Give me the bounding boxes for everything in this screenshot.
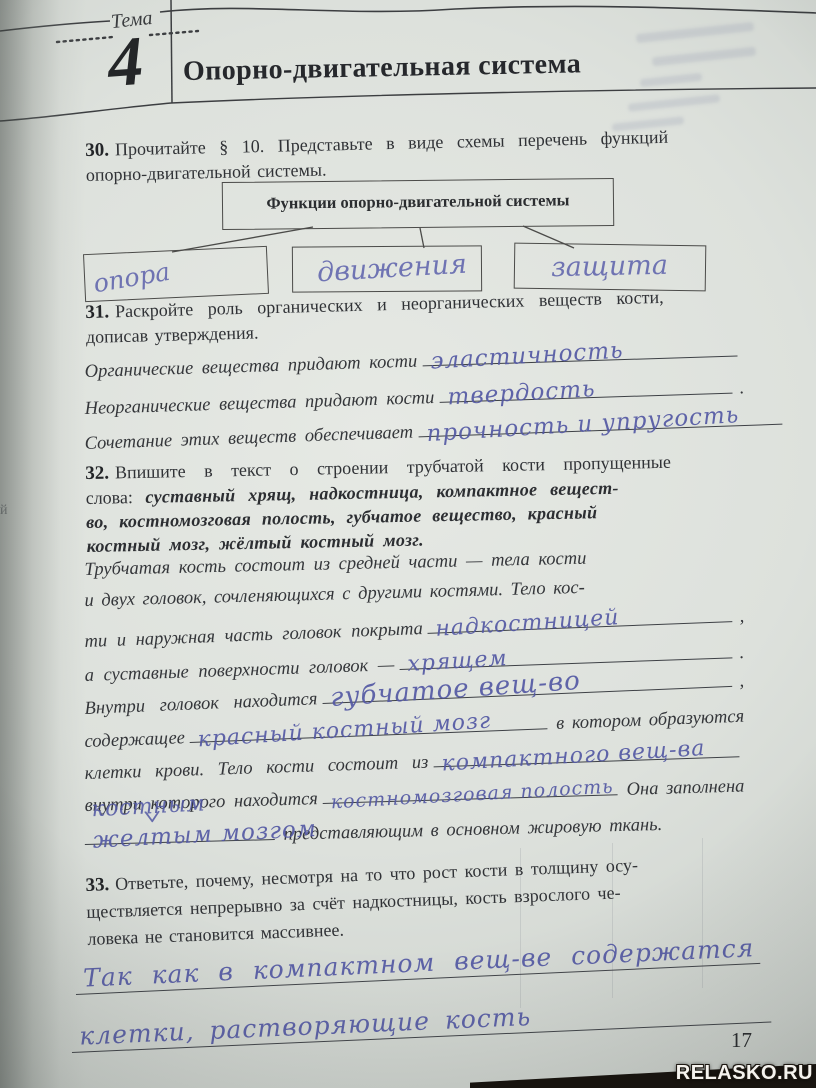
answer-blank: желтым мозгом костным xyxy=(84,815,275,845)
book-gutter-shadow xyxy=(0,0,86,1088)
answer-blank: твердость xyxy=(439,369,733,403)
task-number: 33. xyxy=(85,874,110,896)
handwritten-answer: движения xyxy=(316,249,468,289)
task-number: 30. xyxy=(85,139,109,161)
task-text: дописав утверждения. xyxy=(86,322,259,347)
task-number: 31. xyxy=(85,301,109,323)
handwritten-answer: защита xyxy=(551,250,669,283)
task-number: 32. xyxy=(85,463,109,484)
task-text: слова: xyxy=(86,487,134,508)
body-line: желтым мозгом костным представляющим в о… xyxy=(84,803,745,850)
watermark: RELASKO.RU xyxy=(676,1062,813,1085)
page-number: 17 xyxy=(731,1028,752,1053)
handwritten-answer: эластичность xyxy=(429,338,623,375)
answer-blank: компактного вещ-ва xyxy=(433,732,740,767)
handwritten-answer: опора xyxy=(91,257,172,298)
diagram-box-movement: движения xyxy=(292,245,482,292)
theme-number: 4 xyxy=(106,27,146,99)
word-list: костный мозг, жёлтый костный мозг. xyxy=(86,530,424,556)
insertion-caret-mark xyxy=(144,811,160,822)
diagram-box-support: опора xyxy=(83,246,269,302)
body-text: Она заполнена xyxy=(626,776,744,800)
diagram-root-box: Функции опорно-двигательной системы xyxy=(222,178,614,230)
handwritten-answer: клетки, растворяющие кость xyxy=(79,1002,532,1051)
workbook-page: Тема 4 Опорно-двигательная система 30.Пр… xyxy=(0,0,816,1088)
body-text: содержащее xyxy=(84,728,185,753)
handwritten-answer: надкостницей xyxy=(435,605,621,642)
body-text: , xyxy=(739,671,745,692)
statement-tail: . xyxy=(739,378,744,399)
body-text: , xyxy=(739,607,744,628)
statement-text: Органические вещества придают кости xyxy=(84,352,417,383)
body-text: представляющим в основном жировую ткань. xyxy=(283,815,662,846)
table-surface xyxy=(768,0,816,1088)
task-32: 32.Впишите в текст о строении трубчатой … xyxy=(85,448,752,558)
body-text: в котором образуются xyxy=(556,707,745,735)
handwritten-answer: твердость xyxy=(447,376,596,410)
statement-text: Сочетание этих веществ обеспечивает xyxy=(84,423,413,455)
diagram-root-label: Функции опорно-двигательной системы xyxy=(223,179,613,214)
